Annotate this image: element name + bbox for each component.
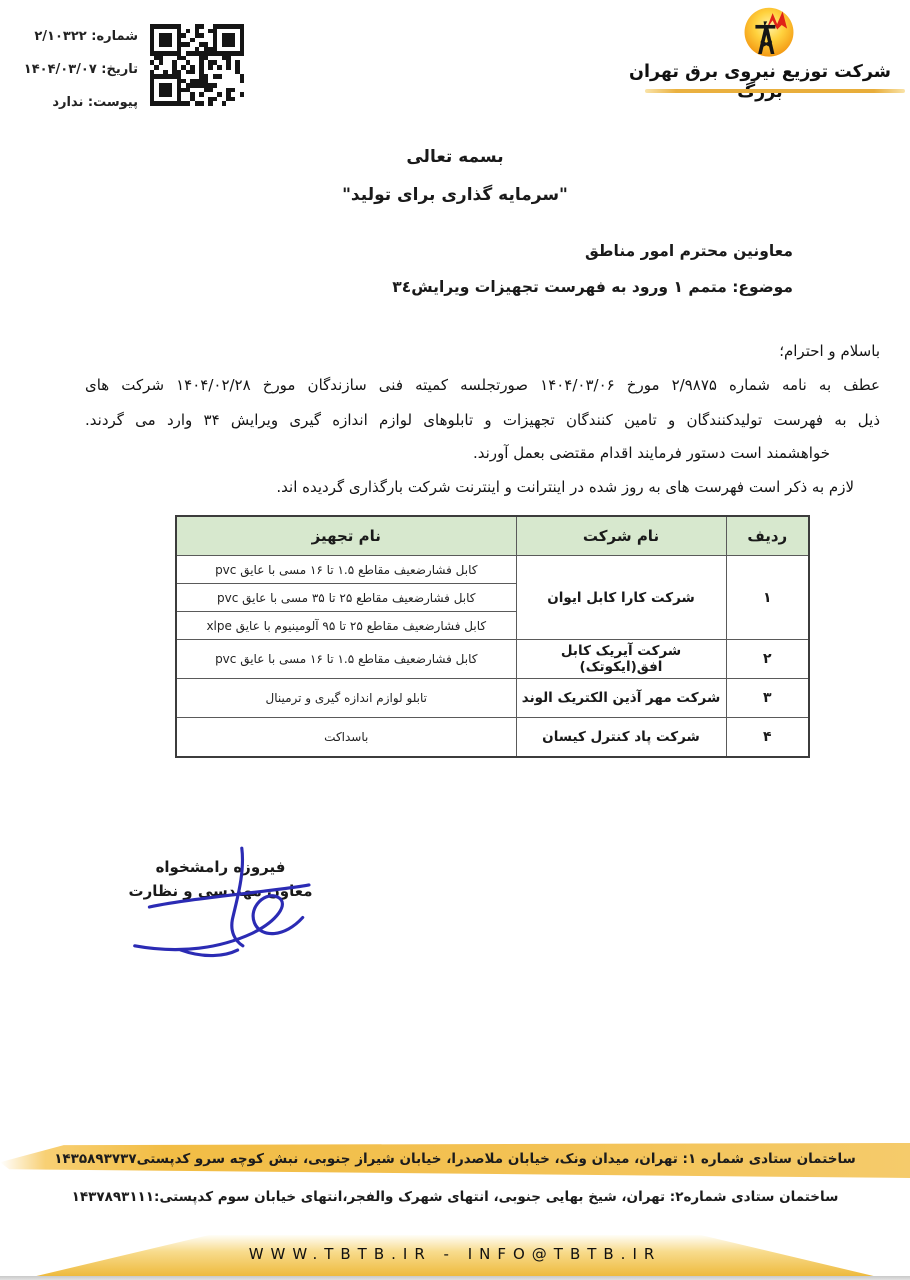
row-number: ۱: [726, 556, 809, 640]
letter-page: شماره: ۲/۱۰۳۲۲ تاریخ: ۱۴۰۴/۰۳/۰۷ پیوست: …: [0, 0, 910, 1280]
equipment-cell: باسداکت: [176, 718, 516, 758]
letter-date: تاریخ: ۱۴۰۴/۰۳/۰۷: [6, 55, 138, 88]
table-row: ۲ شرکت آیریک کابل افق(ایکوتک) کابل فشارض…: [176, 640, 809, 679]
company-name: شرکت توزیع نیروی برق تهران بزرگ: [610, 62, 910, 102]
equipment-cell: کابل فشارضعیف مقاطع ۱.۵ تا ۱۶ مسی با عای…: [176, 640, 516, 679]
table-row: ۳ شرکت مهر آذین الکتریک الوند تابلو لواز…: [176, 679, 809, 718]
page-bottom-edge: [0, 1276, 910, 1280]
column-header-company-name: نام شرکت: [516, 516, 726, 556]
footer-address-1: ساختمان ستادی شماره ۱: تهران، میدان ونک،…: [0, 1151, 910, 1167]
letterhead-divider: [645, 89, 905, 93]
body-line-2: عطف به نامه شماره ۲/۹۸۷۵ مورخ ۱۴۰۴/۰۳/۰۶…: [85, 376, 880, 394]
equipment-cell: کابل فشارضعیف مقاطع ۲۵ تا ۹۵ آلومینیوم ب…: [176, 612, 516, 640]
letter-attachment: پیوست: ندارد: [6, 88, 138, 121]
footer-website-text: WWW.TBTB.IR - INFO@TBTB.IR: [0, 1245, 910, 1263]
column-header-equipment-name: نام تجهیز: [176, 516, 516, 556]
company-cell: شرکت کارا کابل ایوان: [516, 556, 726, 640]
table-header-row: ردیف نام شرکت نام تجهیز: [176, 516, 809, 556]
subject-line: موضوع: متمم ۱ ورود به فهرست تجهیزات ویرا…: [392, 278, 793, 296]
letter-meta: شماره: ۲/۱۰۳۲۲ تاریخ: ۱۴۰۴/۰۳/۰۷ پیوست: …: [6, 22, 138, 121]
row-number: ۴: [726, 718, 809, 758]
body-line-3: ذیل به فهرست تولیدکنندگان و تامین کنندگا…: [85, 411, 880, 429]
signer-name: فیروزه رامشخواه: [128, 855, 313, 879]
letter-number: شماره: ۲/۱۰۳۲۲: [6, 22, 138, 55]
equipment-cell: کابل فشارضعیف مقاطع ۲۵ تا ۳۵ مسی با عایق…: [176, 584, 516, 612]
signer-title: معاون مهندسی و نظارت: [128, 879, 313, 903]
company-cell: شرکت مهر آذین الکتریک الوند: [516, 679, 726, 718]
signature-block: فیروزه رامشخواه معاون مهندسی و نظارت: [128, 855, 313, 903]
equipment-cell: تابلو لوازم اندازه گیری و ترمینال: [176, 679, 516, 718]
slogan-title: "سرمایه گذاری برای تولید": [0, 185, 910, 205]
row-number: ۳: [726, 679, 809, 718]
basmala-title: بسمه تعالی: [0, 147, 910, 167]
qr-code-icon: [150, 24, 244, 106]
equipment-cell: کابل فشارضعیف مقاطع ۱.۵ تا ۱۶ مسی با عای…: [176, 556, 516, 584]
column-header-row-number: ردیف: [726, 516, 809, 556]
company-cell: شرکت پاد کنترل کیسان: [516, 718, 726, 758]
body-salutation: باسلام و احترام؛: [779, 342, 880, 360]
recipient-line: معاونین محترم امور مناطق: [585, 242, 793, 260]
footer-address-2: ساختمان ستادی شماره۲: تهران، شیخ بهایی ج…: [0, 1189, 910, 1205]
row-number: ۲: [726, 640, 809, 679]
table-row: ۴ شرکت پاد کنترل کیسان باسداکت: [176, 718, 809, 758]
body-line-5: لازم به ذکر است فهرست های به روز شده در …: [276, 478, 854, 496]
body-line-4: خواهشمند است دستور فرمایند اقدام مقتضی ب…: [473, 444, 830, 462]
equipment-table: ردیف نام شرکت نام تجهیز ۱ شرکت کارا کابل…: [175, 515, 810, 758]
company-cell: شرکت آیریک کابل افق(ایکوتک): [516, 640, 726, 679]
table-row: ۱ شرکت کارا کابل ایوان کابل فشارضعیف مقا…: [176, 556, 809, 584]
electric-company-logo-icon: [740, 5, 798, 63]
